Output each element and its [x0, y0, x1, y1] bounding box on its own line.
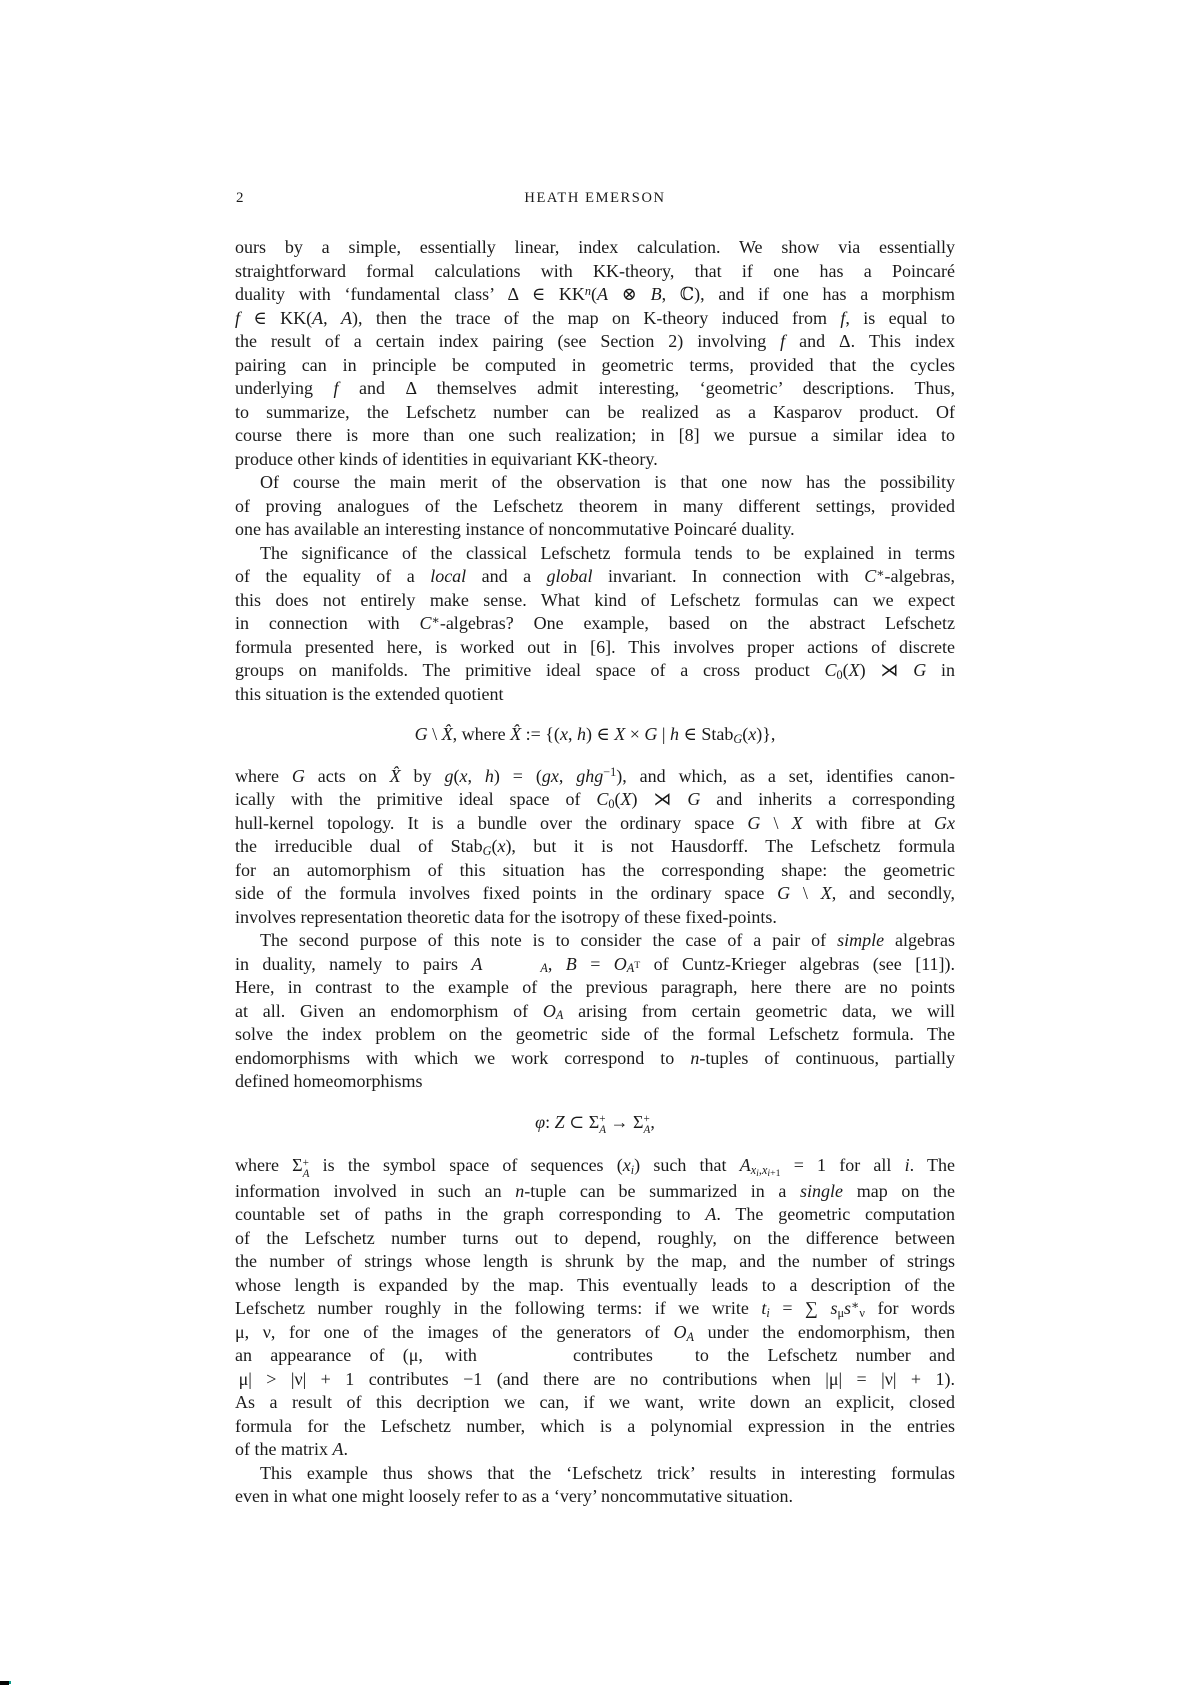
- display-equation: G \ X̂, where X̂ := {(x, h) ∈ X × G | h …: [235, 723, 955, 747]
- text-line: μ| > |ν| + 1 contributes −1 (and there a…: [235, 1368, 955, 1392]
- text-line: for an automorphism of this situation ha…: [235, 859, 955, 883]
- text-line: of the matrix A.: [235, 1438, 955, 1462]
- text-line: groups on manifolds. The primitive ideal…: [235, 659, 955, 683]
- paragraph: Of course the main merit of the observat…: [235, 471, 955, 542]
- text-line: solve the index problem on the geometric…: [235, 1023, 955, 1047]
- scan-artifact-mark: [0, 1681, 9, 1685]
- paragraph: The significance of the classical Lefsch…: [235, 542, 955, 707]
- text-line: defined homeomorphisms: [235, 1070, 955, 1094]
- text-line: in connection with C∗-algebras? One exam…: [235, 612, 955, 636]
- text-line: The second purpose of this note is to co…: [235, 929, 955, 953]
- text-line: straightforward formal calculations with…: [235, 260, 955, 284]
- text-line: f ∈ KK(A, A), then the trace of the map …: [235, 307, 955, 331]
- text-line: whose length is expanded by the map. Thi…: [235, 1274, 955, 1298]
- text-line: where Σ+A is the symbol space of sequenc…: [235, 1154, 955, 1180]
- text-line: at all. Given an endomorphism of OA aris…: [235, 1000, 955, 1024]
- text-line: formula for the Lefschetz number, which …: [235, 1415, 955, 1439]
- text-line: endomorphisms with which we work corresp…: [235, 1047, 955, 1071]
- text-line: the irreducible dual of StabG(x), but it…: [235, 835, 955, 859]
- text-line: one has available an interesting instanc…: [235, 518, 955, 542]
- text-line: an appearance of (μ,withcontributesto th…: [235, 1344, 955, 1368]
- text-line: formula presented here, is worked out in…: [235, 636, 955, 660]
- text-line: side of the formula involves fixed point…: [235, 882, 955, 906]
- text-line: involves representation theoretic data f…: [235, 906, 955, 930]
- text-line: produce other kinds of identities in equ…: [235, 448, 955, 472]
- text-line: The significance of the classical Lefsch…: [235, 542, 955, 566]
- text-line: μ, ν, for one of the images of the gener…: [235, 1321, 955, 1345]
- paragraph: ours by a simple, essentially linear, in…: [235, 236, 955, 471]
- text-line: the number of strings whose length is sh…: [235, 1250, 955, 1274]
- text-line: in duality, namely to pairs AA, B = OAT …: [235, 953, 955, 977]
- text-line: the result of a certain index pairing (s…: [235, 330, 955, 354]
- page-header: 2 HEATH EMERSON: [235, 190, 955, 208]
- paragraph: where G acts on X̂ by g(x, h) = (gx, ghg…: [235, 765, 955, 930]
- text-line: where G acts on X̂ by g(x, h) = (gx, ghg…: [235, 765, 955, 789]
- text-line: ours by a simple, essentially linear, in…: [235, 236, 955, 260]
- text-line: ically with the primitive ideal space of…: [235, 788, 955, 812]
- text-line: even in what one might loosely refer to …: [235, 1485, 955, 1509]
- text-line: of proving analogues of the Lefschetz th…: [235, 495, 955, 519]
- scan-artifact-tint: [9, 1681, 11, 1684]
- text-line: to summarize, the Lefschetz number can b…: [235, 401, 955, 425]
- text-line: duality with ‘fundamental class’ Δ ∈ KKn…: [235, 283, 955, 307]
- text-line: of the equality of a local and a global …: [235, 565, 955, 589]
- text-line: Lefschetz number roughly in the followin…: [235, 1297, 955, 1321]
- text-column: 2 HEATH EMERSON ours by a simple, essent…: [235, 190, 955, 1509]
- paper-page: 2 HEATH EMERSON ours by a simple, essent…: [0, 0, 1191, 1685]
- text-line: this situation is the extended quotient: [235, 683, 955, 707]
- page-body: ours by a simple, essentially linear, in…: [235, 236, 955, 1509]
- text-line: pairing can in principle be computed in …: [235, 354, 955, 378]
- text-line: As a result of this decription we can, i…: [235, 1391, 955, 1415]
- text-line: this does not entirely make sense. What …: [235, 589, 955, 613]
- paragraph: where Σ+A is the symbol space of sequenc…: [235, 1154, 955, 1462]
- text-line: information involved in such an n-tuple …: [235, 1180, 955, 1204]
- text-line: Here, in contrast to the example of the …: [235, 976, 955, 1000]
- text-line: of the Lefschetz number turns out to dep…: [235, 1227, 955, 1251]
- paragraph: This example thus shows that the ‘Lefsch…: [235, 1462, 955, 1509]
- text-line: countable set of paths in the graph corr…: [235, 1203, 955, 1227]
- text-line: Of course the main merit of the observat…: [235, 471, 955, 495]
- text-line: This example thus shows that the ‘Lefsch…: [235, 1462, 955, 1486]
- display-equation: φ: Z ⊂ Σ+A → Σ+A,: [235, 1111, 955, 1137]
- text-line: course there is more than one such reali…: [235, 424, 955, 448]
- text-line: hull-kernel topology. It is a bundle ove…: [235, 812, 955, 836]
- paragraph: The second purpose of this note is to co…: [235, 929, 955, 1094]
- text-line: underlying f and Δ themselves admit inte…: [235, 377, 955, 401]
- running-header: HEATH EMERSON: [235, 190, 955, 207]
